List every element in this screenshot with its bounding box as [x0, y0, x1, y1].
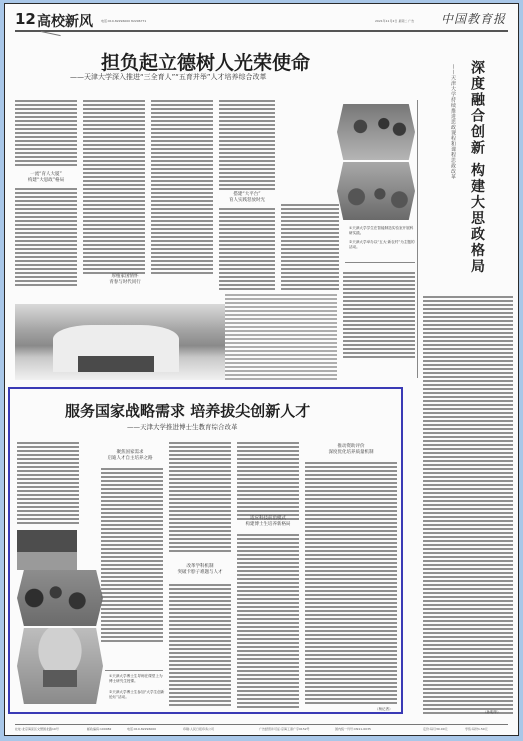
article2-photo-lecture — [17, 530, 77, 570]
article2-section-title-2: 改革学科机制 突破卡脖子难题与人才 — [167, 564, 233, 576]
footer-price-month: 定价:每月30.00元 — [423, 727, 448, 731]
article1-text-bottom — [225, 294, 337, 380]
article2-photo-classroom — [17, 570, 103, 626]
article1-photo-campus-gate — [15, 304, 225, 380]
article2-photo-caption-1: ①天津大学博士生导师在课堂上为博士研究生授课。 — [109, 674, 165, 684]
newspaper-page: 12 高校新风 电话:010-82296000 82296771 2021年11… — [4, 3, 519, 736]
article2-photo-group — [17, 628, 103, 704]
article1-text-col1b — [15, 188, 77, 288]
caption-rule-2 — [105, 670, 163, 671]
article1-text-col4b — [219, 208, 275, 292]
article2-subheadline: ——天津大学推进博士生教育综合改革 — [127, 422, 238, 431]
article2-photo-caption-2: ②天津大学博士生参加“大学生创新论坛”活动。 — [109, 690, 165, 700]
article2-section-title-1: 聚焦国家需求 启迪人才自主培养之路 — [95, 450, 165, 462]
article1-section-title-1: 一流“育人大厦” 构建“大思政”格局 — [17, 172, 75, 184]
section-title: 高校新风 — [37, 11, 93, 31]
article2-text-col4b — [237, 534, 299, 708]
article2-headline: 服务国家战略需求 培养拔尖创新人才 — [65, 400, 310, 421]
article2-editor-note: （杨记者） — [375, 707, 393, 712]
footer-printer: 印刷:人民日报印务公司 — [183, 727, 214, 731]
article1-text-col2 — [83, 100, 145, 274]
article1-photo-caption-2: ②天津大学举办以“五大·新农村”为主题的活动。 — [349, 240, 415, 250]
article2-text-col3a — [169, 442, 231, 552]
article1-headline: 担负起立德树人光荣使命 — [101, 48, 310, 75]
side-article-headline: 深度融合创新 构建大思政格局 — [467, 60, 487, 290]
masthead-right-meta: 2021年11月2日 星期二 广告 — [375, 19, 414, 23]
page-number: 12 — [15, 10, 36, 28]
side-article-subheadline: ——天津大学持续推进思政课程和课程思政改革 — [450, 64, 457, 264]
article2-text-col5 — [305, 462, 397, 706]
article1-text-col1a — [15, 100, 77, 166]
gate-door — [78, 356, 154, 373]
masthead: 12 高校新风 电话:010-82296000 82296771 2021年11… — [15, 10, 508, 32]
article1-text-col3 — [151, 100, 213, 274]
article2-text-col4a — [237, 442, 299, 522]
newspaper-logo: 中国教育报 — [441, 10, 506, 27]
article1-photo-students — [337, 104, 415, 160]
right-column-editor-note: （孙明华） — [483, 710, 501, 715]
masthead-rule — [15, 30, 508, 32]
footer-ad-license: 广告经营许可证:京海工商广字0152号 — [259, 727, 310, 731]
footer-phone: 电话:010-82296000 — [127, 727, 156, 731]
article1-photo-lab — [337, 162, 415, 220]
page-footer: 社址:北京海淀区文慧园北路10号 邮政编码:100082 电话:010-8229… — [15, 724, 508, 732]
article2-section-title-4: 推动资助评价 深度优化培养质量机制 — [303, 444, 399, 456]
article2-text-col3b — [169, 584, 231, 708]
article1-section-title-2: 搭建“大平台” 育人实践怒放时光 — [219, 192, 275, 204]
article2-section-title-3: 适应科技前沿模式 构建博士生培养新格局 — [235, 516, 301, 528]
article2-text-col2 — [101, 468, 163, 644]
group-banner — [43, 670, 77, 687]
article1-photo-caption-1: ①天津大学学生在智能制造实验室开展科研实践。 — [349, 226, 415, 236]
masthead-left-meta: 电话:010-82296000 82296771 — [101, 19, 146, 23]
column-divider — [417, 100, 418, 378]
footer-price-retail: 零售:每份1.50元 — [465, 727, 488, 731]
caption-rule — [345, 262, 415, 263]
article1-subheadline: ——天津大学深入推进“三全育人”“五育并举”人才培养综合改革 — [70, 72, 267, 82]
article1-text-col4a — [219, 100, 275, 190]
footer-postcode: 邮政编码:100082 — [87, 727, 111, 731]
side-article-text — [423, 296, 513, 716]
footer-issn: 国内统一刊号:CN11-0035 — [335, 727, 371, 731]
footer-address: 社址:北京海淀区文慧园北路10号 — [15, 727, 59, 731]
article1-text-col6 — [343, 272, 415, 358]
article1-text-col5 — [281, 204, 339, 290]
article1-section-title-3: 厚植家国情怀 青春与时代同行 — [95, 274, 155, 286]
article2-text-col1 — [17, 442, 79, 524]
